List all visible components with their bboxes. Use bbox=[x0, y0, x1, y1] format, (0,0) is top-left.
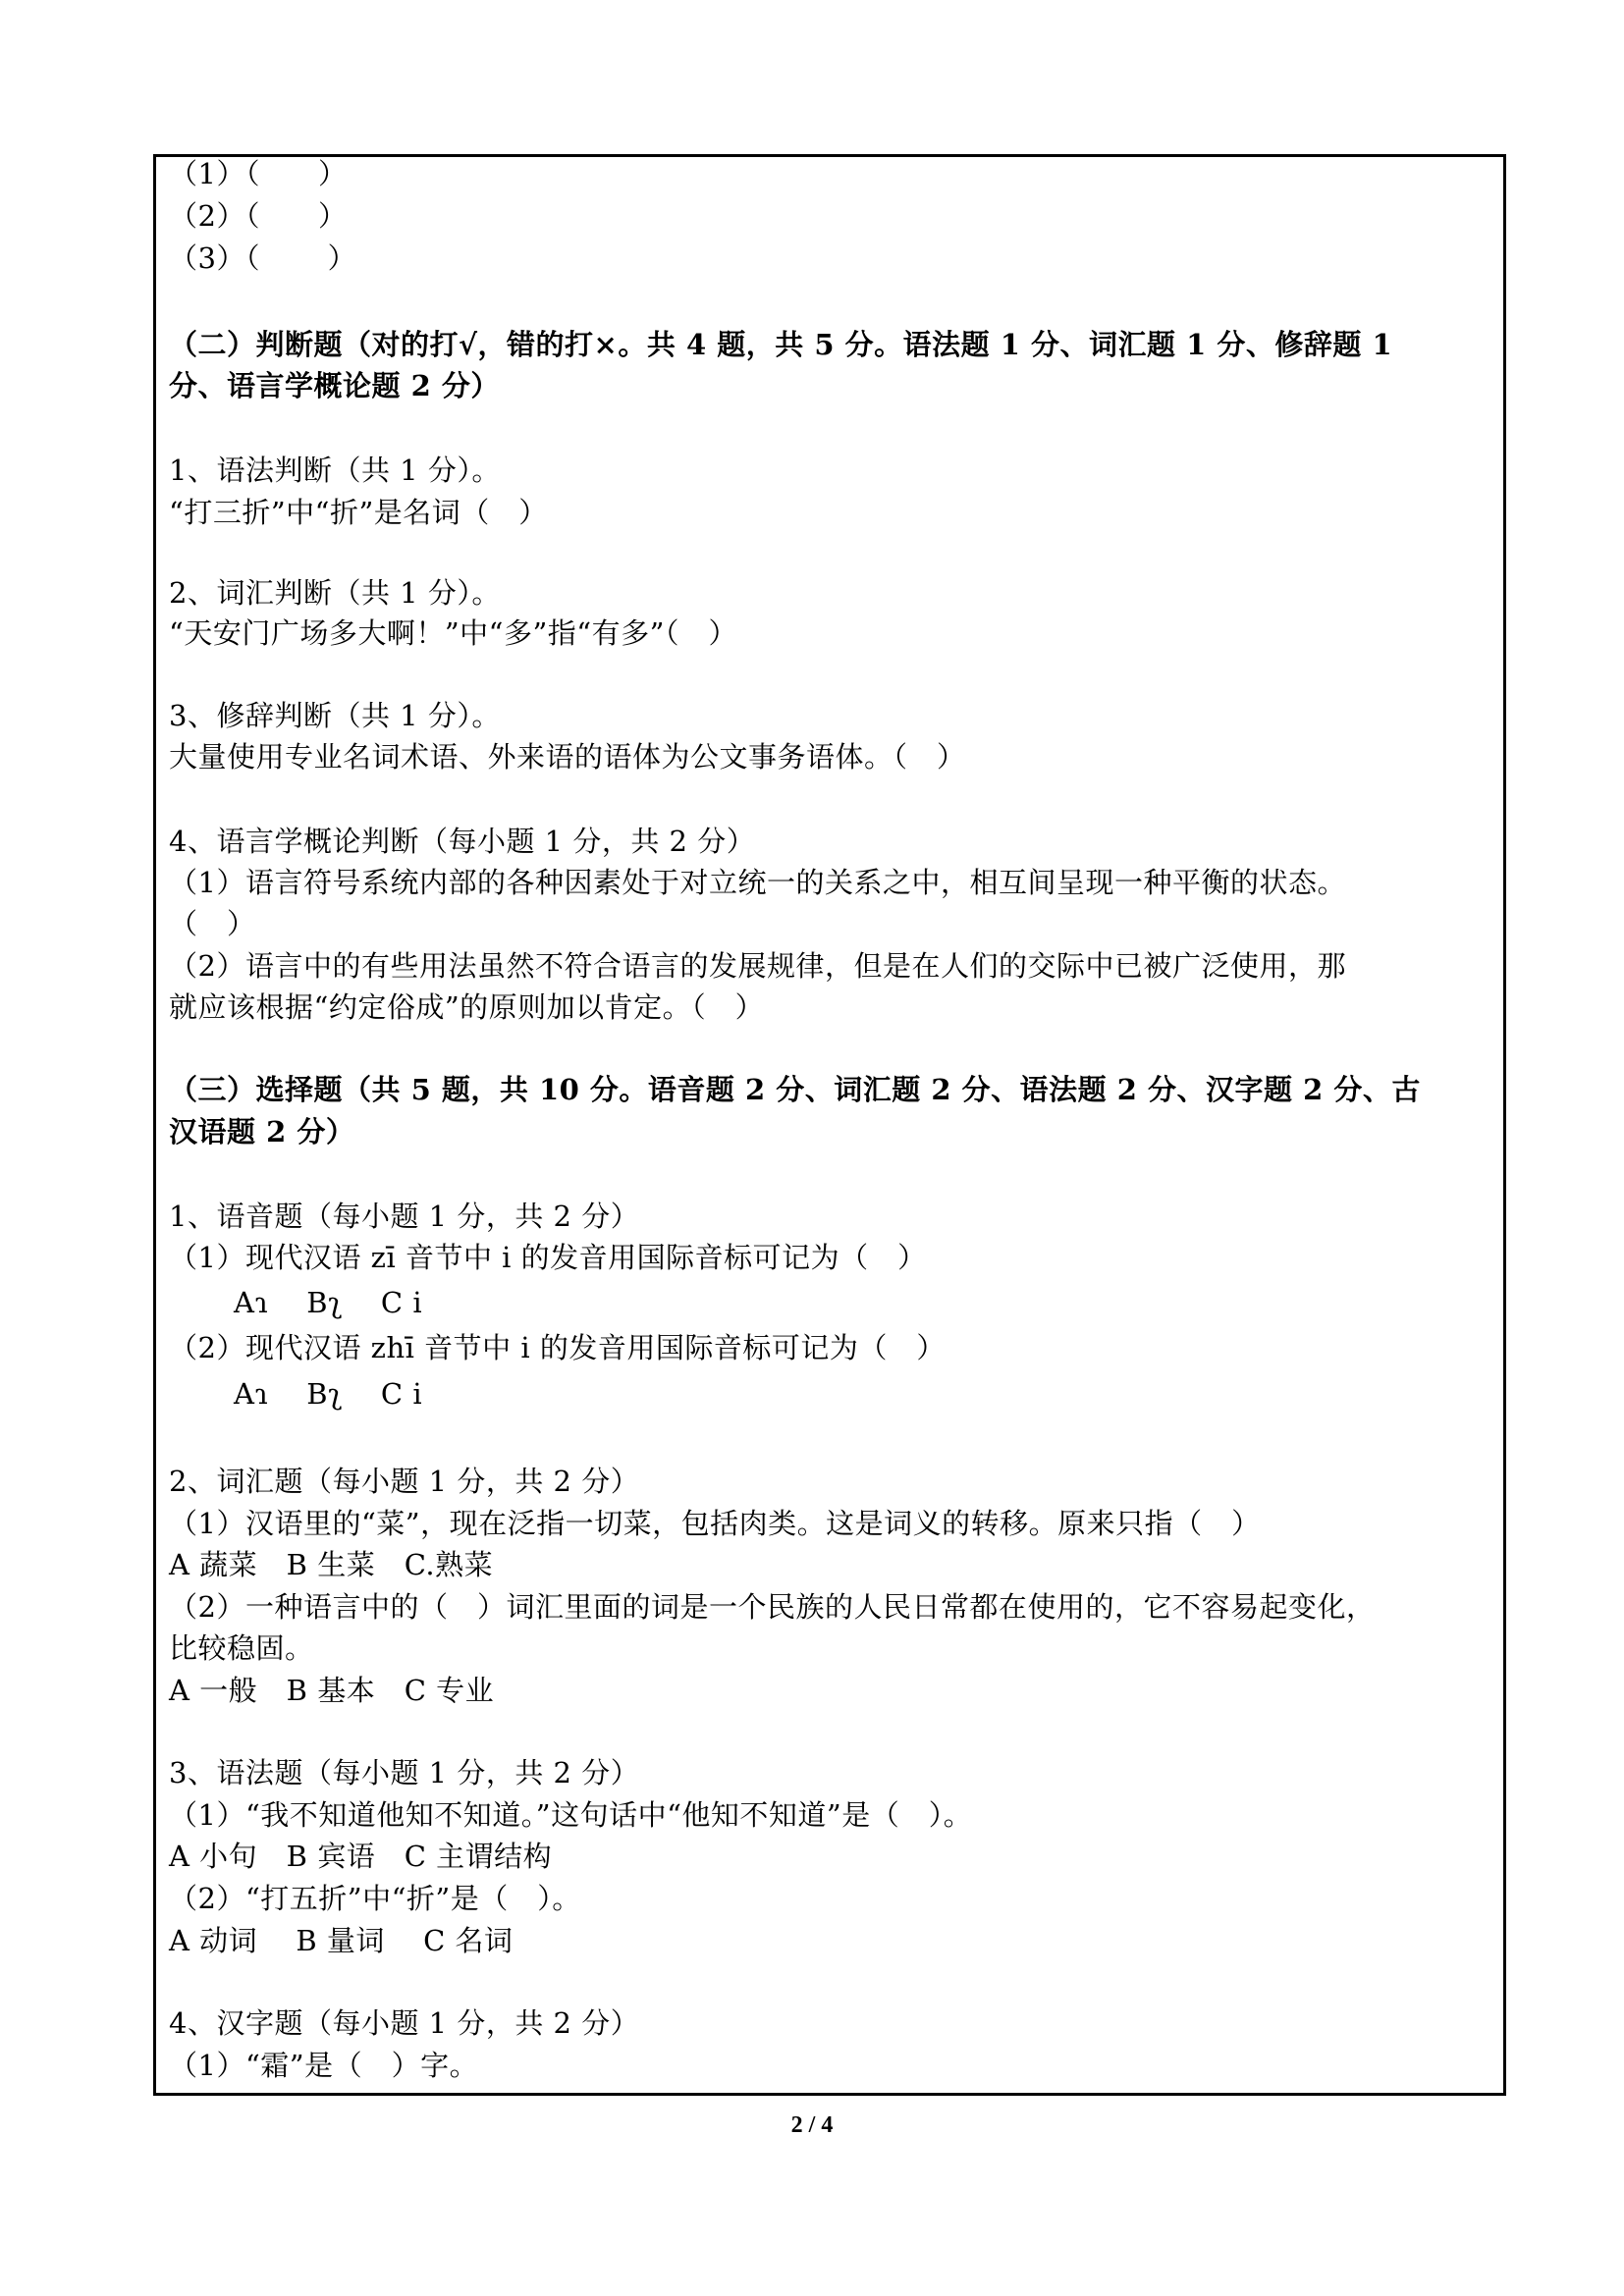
judge-q2-text: “天安门广场多大啊！”中“多”指“有多”（ ） bbox=[169, 616, 737, 650]
choice-q1-title: 1、语音题（每小题 1 分，共 2 分） bbox=[169, 1200, 639, 1233]
choice-q1-sub1: （1）现代汉语 zī 音节中 i 的发音用国际音标可记为（ ） bbox=[169, 1241, 927, 1274]
choice-q2-sub2: （2）一种语言中的（ ）词汇里面的词是一个民族的人民日常都在使用的，它不容易起变… bbox=[169, 1590, 1375, 1624]
section2-heading: （二）判断题（对的打√，错的打×。共 4 题，共 5 分。语法题 1 分、词汇题… bbox=[169, 328, 1392, 361]
choice-q3-sub2: （2）“打五折”中“折”是（ ）。 bbox=[169, 1882, 581, 1915]
choice-q3-title: 3、语法题（每小题 1 分，共 2 分） bbox=[169, 1756, 639, 1789]
judge-q4-title: 4、语言学概论判断（每小题 1 分，共 2 分） bbox=[169, 825, 755, 858]
choice-q3-sub1-options: A 小句 B 宾语 C 主谓结构 bbox=[169, 1840, 552, 1873]
page-number: 2 / 4 bbox=[0, 2112, 1624, 2139]
judge-q4-sub2: （2）语言中的有些用法虽然不符合语言的发展规律，但是在人们的交际中已被广泛使用，… bbox=[169, 949, 1346, 983]
answer-slot-3: （3）（ ） bbox=[169, 241, 356, 275]
choice-q3-sub1: （1）“我不知道他知不知道。”这句话中“他知不知道”是（ ）。 bbox=[169, 1798, 972, 1832]
choice-q1-sub1-options: Aɿ Bʅ C i bbox=[234, 1286, 422, 1319]
judge-q3-text: 大量使用专业名词术语、外来语的语体为公文事务语体。（ ） bbox=[169, 740, 966, 774]
judge-q4-sub1-blank: （ ） bbox=[169, 907, 256, 940]
section2-heading-cont: 分、语言学概论题 2 分） bbox=[169, 369, 500, 402]
judge-q4-sub1: （1）语言符号系统内部的各种因素处于对立统一的关系之中，相互间呈现一种平衡的状态… bbox=[169, 866, 1346, 899]
choice-q4-title: 4、汉字题（每小题 1 分，共 2 分） bbox=[169, 2006, 639, 2040]
answer-slot-1: （1）（ ） bbox=[169, 157, 347, 190]
judge-q4-sub2-cont: 就应该根据“约定俗成”的原则加以肯定。（ ） bbox=[169, 990, 764, 1024]
section3-heading-cont: 汉语题 2 分） bbox=[169, 1115, 354, 1148]
choice-q2-sub2-options: A 一般 B 基本 C 专业 bbox=[169, 1674, 494, 1707]
choice-q1-sub2: （2）现代汉语 zhī 音节中 i 的发音用国际音标可记为（ ） bbox=[169, 1331, 946, 1364]
choice-q3-sub2-options: A 动词 B 量词 C 名词 bbox=[169, 1924, 514, 1957]
answer-slot-2: （2）（ ） bbox=[169, 199, 347, 233]
judge-q3-title: 3、修辞判断（共 1 分）。 bbox=[169, 699, 501, 732]
choice-q2-sub1-options: A 蔬菜 B 生菜 C.熟菜 bbox=[169, 1548, 493, 1581]
choice-q2-title: 2、词汇题（每小题 1 分，共 2 分） bbox=[169, 1465, 639, 1498]
judge-q2-title: 2、词汇判断（共 1 分）。 bbox=[169, 576, 501, 610]
section3-heading: （三）选择题（共 5 题，共 10 分。语音题 2 分、词汇题 2 分、语法题 … bbox=[169, 1073, 1421, 1106]
choice-q1-sub2-options: Aɿ Bʅ C i bbox=[234, 1377, 422, 1411]
judge-q1-text: “打三折”中“折”是名词（ ） bbox=[169, 496, 548, 529]
judge-q1-title: 1、语法判断（共 1 分）。 bbox=[169, 454, 501, 487]
choice-q2-sub2-cont: 比较稳固。 bbox=[169, 1631, 314, 1665]
choice-q2-sub1: （1）汉语里的“菜”，现在泛指一切菜，包括肉类。这是词义的转移。原来只指（ ） bbox=[169, 1507, 1261, 1540]
choice-q4-sub1: （1）“霜”是（ ）字。 bbox=[169, 2049, 478, 2082]
